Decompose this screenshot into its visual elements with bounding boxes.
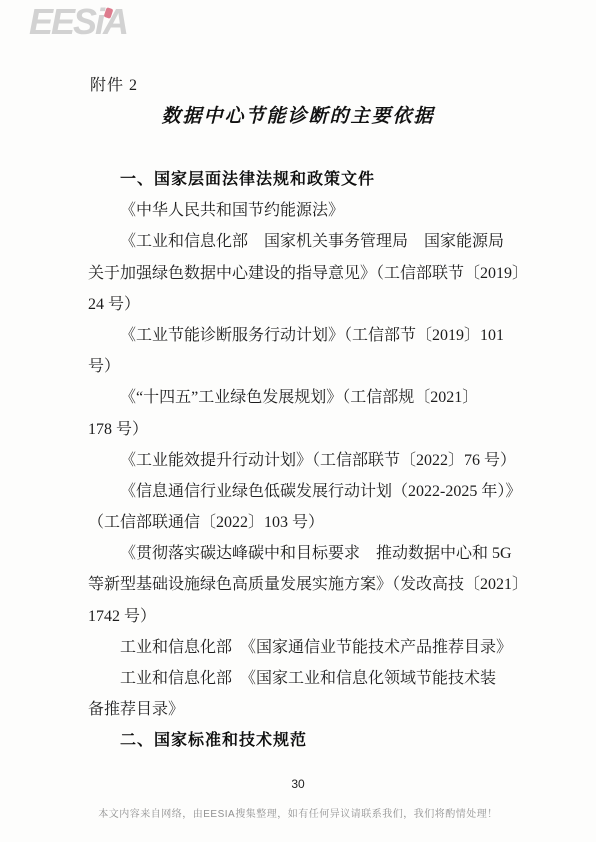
section-heading: 一、国家层面法律法规和政策文件 bbox=[88, 164, 528, 195]
body-line: 《工业节能诊断服务行动计划》（工信部节〔2019〕101 bbox=[88, 320, 528, 351]
body-line: 《中华人民共和国节约能源法》 bbox=[88, 195, 528, 226]
body-line: 《“十四五”工业绿色发展规划》（工信部规〔2021〕 bbox=[88, 382, 528, 413]
body-line: 《工业和信息化部 国家机关事务管理局 国家能源局 bbox=[88, 226, 528, 257]
body-line: 关于加强绿色数据中心建设的指导意见》（工信部联节〔2019〕 bbox=[88, 258, 528, 289]
body-line: 工业和信息化部 《国家通信业节能技术产品推荐目录》 bbox=[88, 632, 528, 663]
body-line: 1742 号） bbox=[88, 601, 528, 632]
body-line: 《信息通信行业绿色低碳发展行动计划（2022-2025 年）》 bbox=[88, 476, 528, 507]
footer-disclaimer: 本文内容来自网络，由EESIA搜集整理，如有任何异议请联系我们，我们将酌情处理！ bbox=[0, 805, 596, 820]
eesia-logo: EESiA bbox=[29, 2, 127, 42]
section-heading: 二、国家标准和技术规范 bbox=[88, 725, 528, 756]
body-line: 备推荐目录》 bbox=[88, 694, 528, 725]
attachment-label: 附件 2 bbox=[90, 72, 138, 95]
body-lines: 一、国家层面法律法规和政策文件《中华人民共和国节约能源法》《工业和信息化部 国家… bbox=[88, 164, 528, 757]
page-title: 数据中心节能诊断的主要依据 bbox=[0, 101, 596, 128]
body-line: 24 号） bbox=[88, 289, 528, 320]
body-line: （工信部联通信〔2022〕103 号） bbox=[88, 507, 528, 538]
body-line: 《工业能效提升行动计划》（工信部联节〔2022〕76 号） bbox=[88, 445, 528, 476]
body-line: 《贯彻落实碳达峰碳中和目标要求 推动数据中心和 5G bbox=[88, 538, 528, 569]
body-line: 178 号） bbox=[88, 414, 528, 445]
body-line: 等新型基础设施绿色高质量发展实施方案》（发改高技〔2021〕 bbox=[88, 569, 528, 600]
body-line: 工业和信息化部 《国家工业和信息化领域节能技术装 bbox=[88, 663, 528, 694]
page-number: 30 bbox=[0, 777, 596, 791]
document-page: EESiA 附件 2 数据中心节能诊断的主要依据 一、国家层面法律法规和政策文件… bbox=[0, 0, 596, 842]
body-line: 号） bbox=[88, 351, 528, 382]
eesia-logo-text: EESiA bbox=[29, 1, 127, 42]
